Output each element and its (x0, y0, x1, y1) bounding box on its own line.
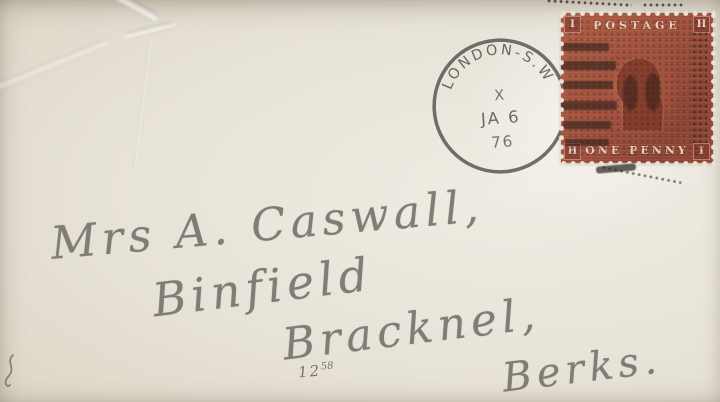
stamp-perforation (559, 160, 715, 167)
stamp-corner-letter: I (693, 143, 710, 160)
stamp-corner-letter: I (564, 16, 581, 33)
cancel-smudge (546, 0, 632, 9)
cancel-numeral-mark (645, 73, 661, 111)
postmark-date: JA 6 (479, 107, 521, 129)
postmark-cds: LONDON-S.W X JA 6 76 (423, 29, 577, 183)
cancel-bar (565, 139, 609, 146)
postmark-index-letter: X (494, 88, 505, 105)
penny-red-stamp: POSTAGE ONE PENNY I H H I (561, 13, 713, 163)
stamp-corner-letter: H (564, 143, 581, 160)
cancel-bar (563, 43, 609, 51)
cancel-smudge (642, 2, 684, 8)
paper-crease (0, 38, 110, 92)
stamp-perforation (710, 11, 717, 165)
cancel-speckle (567, 19, 707, 157)
stamp-one-penny-label: ONE PENNY (575, 144, 699, 157)
cancel-bar (561, 61, 616, 70)
postmark-year: 76 (491, 132, 515, 152)
cancel-bar (561, 101, 617, 110)
svg-text:LONDON-S.W: LONDON-S.W (437, 38, 558, 93)
postmark-town-text: LONDON-S.W (437, 38, 558, 93)
pencil-price-note: 1258 (297, 360, 334, 381)
stamp-corner-letter: H (693, 16, 710, 33)
stamp-engraving-texture (561, 13, 713, 163)
stamp-postage-label: POSTAGE (575, 19, 699, 32)
stamp-perforation (558, 11, 565, 165)
cancel-smudge (596, 163, 636, 173)
envelope-photo: LONDON-S.W X JA 6 76 POSTAGE ONE PENNY I… (0, 0, 720, 402)
cancel-numeral-mark (623, 75, 638, 111)
address-line-recipient: Mrs A. Caswall, (49, 179, 486, 270)
paper-tear-crease (124, 20, 177, 41)
cancel-dot-band (691, 31, 709, 143)
stamp-perforation (559, 10, 715, 17)
cancel-bar (563, 121, 611, 129)
cancel-bar (563, 81, 613, 89)
paper-crease (133, 40, 153, 170)
pencil-squiggle-mark (0, 350, 22, 394)
paper-tear-crease (86, 0, 160, 24)
address-line-county: Berks. (500, 336, 664, 401)
queen-victoria-portrait-icon (583, 33, 693, 145)
pencil-note-main: 12 (297, 362, 322, 382)
stamp-portrait-background (579, 31, 695, 145)
pencil-note-sup: 58 (320, 360, 334, 372)
cancel-dot-trail (600, 164, 682, 187)
